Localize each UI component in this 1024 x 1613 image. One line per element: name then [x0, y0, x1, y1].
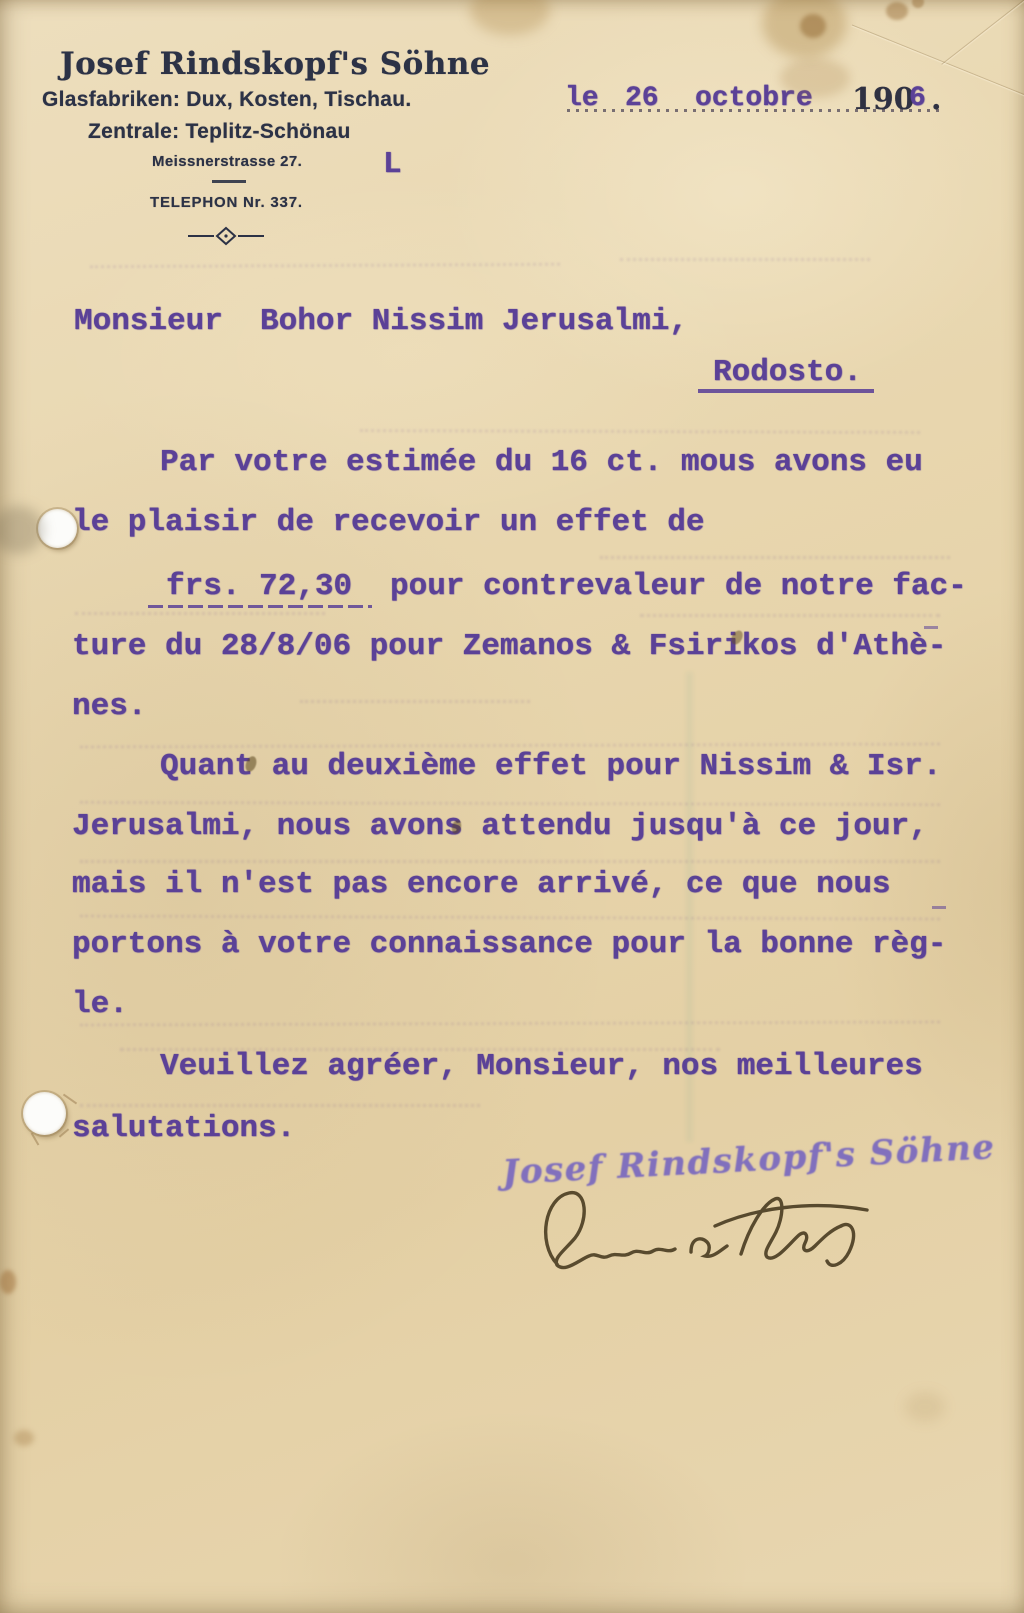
ghost-text-artifact [80, 860, 940, 863]
punch-hole [38, 509, 77, 548]
date-day: 26 [625, 84, 659, 115]
date-period: . [931, 82, 941, 117]
letterhead-telephone: TELEPHON Nr. 337. [150, 194, 303, 211]
recipient-name: Monsieur Bohor Nissim Jerusalmi, [74, 305, 688, 339]
body-line: nes. [72, 690, 146, 724]
paper-tear [59, 1128, 69, 1137]
stain [0, 1270, 16, 1294]
ghost-text-artifact [360, 429, 920, 434]
date-line: le 26 octobre 190 6 . [565, 82, 965, 120]
ghost-text-artifact [80, 914, 940, 920]
ghost-text-artifact [640, 614, 940, 617]
ghost-text-artifact [75, 612, 325, 615]
amount-text: frs. 72,30 [166, 570, 352, 604]
date-year-typed: 6 [909, 84, 926, 115]
body-line: Par votre estimée du 16 ct. mous avons e… [160, 446, 923, 480]
body-line: Jerusalmi, nous avons attendu jusqu'à ce… [72, 810, 928, 844]
stain [14, 1430, 34, 1446]
punch-hole [23, 1092, 66, 1135]
letter-page: Josef Rindskopf's Söhne Glasfabriken: Du… [0, 0, 1024, 1613]
body-line: mais il n'est pas encore arrivé, ce que … [72, 868, 891, 902]
ghost-text-artifact [80, 1020, 940, 1026]
body-line: salutations. [72, 1112, 295, 1146]
stain [470, 0, 550, 35]
letterhead-divider [212, 180, 246, 183]
letterhead-factories: Glasfabriken: Dux, Kosten, Tischau. [42, 88, 412, 112]
ghost-text-artifact [600, 556, 950, 559]
letterhead-street: Meissnerstrasse 27. [152, 153, 302, 170]
stain [762, 0, 847, 58]
body-line: le. [72, 988, 128, 1022]
date-month: octobre [695, 84, 813, 115]
stain [912, 0, 924, 8]
date-prefix: le [565, 84, 599, 115]
diamond-ornament-icon [188, 226, 264, 246]
letterhead-company: Josef Rindskopf's Söhne [60, 46, 490, 82]
discoloration-streak [686, 672, 693, 1142]
ghost-text-artifact [80, 801, 940, 806]
recipient-city-underline [698, 389, 874, 393]
letterhead-headquarters: Zentrale: Teplitz-Schönau [88, 120, 351, 144]
body-line: portons à votre connaissance pour la bon… [72, 928, 946, 962]
ghost-text-artifact [620, 258, 870, 261]
stain [800, 14, 826, 38]
stray-underscore-mark [924, 626, 938, 629]
body-line: ture du 28/8/06 pour Zemanos & Fsirikos … [72, 630, 946, 664]
ghost-text-artifact [90, 263, 560, 268]
stain [905, 1392, 945, 1422]
body-line: Veuillez agréer, Monsieur, nos meilleure… [160, 1050, 923, 1084]
ghost-text-artifact [300, 700, 530, 703]
amount-underline [148, 605, 372, 608]
paper-crease [941, 0, 1024, 65]
handwritten-signature [515, 1178, 875, 1293]
body-line: pour contrevaleur de notre fac- [390, 570, 967, 604]
ghost-text-artifact [80, 1104, 480, 1107]
paper-tear [63, 1094, 77, 1105]
paper-tear [31, 1132, 40, 1145]
ghost-text-artifact [80, 742, 940, 748]
body-line: Quant au deuxième effet pour Nissim & Is… [160, 750, 941, 784]
typed-mark: L [383, 148, 402, 182]
body-line: le plaisir de recevoir un effet de [72, 506, 705, 540]
date-year-printed: 190 [852, 82, 915, 117]
recipient-city: Rodosto. [713, 356, 862, 390]
stray-underscore-mark [932, 906, 946, 909]
stain [886, 2, 908, 20]
